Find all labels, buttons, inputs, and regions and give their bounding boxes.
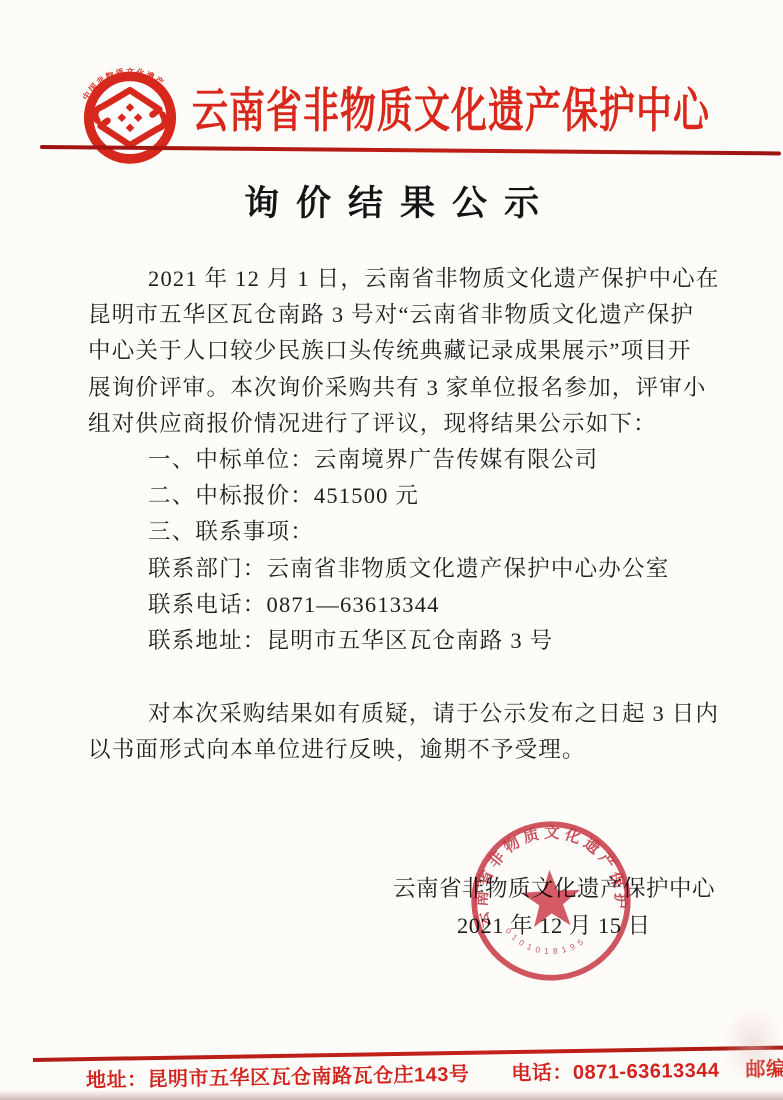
ich-logo: 中国非物质文化遗产 CHINA INTANGIBLE CULTURAL HERI… <box>74 50 186 168</box>
document-body: 2021 年 12 月 1 日，云南省非物质文化遗产保护中心在 昆明市五华区瓦仓… <box>88 261 720 768</box>
body-line-contact: 三、联系事项： <box>88 514 720 550</box>
body-line: 2021 年 12 月 1 日，云南省非物质文化遗产保护中心在 <box>88 261 720 297</box>
body-line: 组对供应商报价情况进行了评议，现将结果公示如下： <box>88 406 720 442</box>
body-line: 中心关于人口较少民族口头传统典藏记录成果展示”项目开 <box>88 333 720 369</box>
body-line: 对本次采购结果如有质疑，请于公示发布之日起 3 日内 <box>88 696 720 732</box>
scanned-announcement-page: 中国非物质文化遗产 CHINA INTANGIBLE CULTURAL HERI… <box>0 0 783 1100</box>
footer-address: 地址：昆明市五华区瓦仓南路瓦仓庄143号 <box>86 1058 470 1093</box>
body-line: 以书面形式向本单位进行反映，逾期不予受理。 <box>88 732 720 768</box>
scan-bottom-edge <box>0 1090 783 1100</box>
body-line-phone: 联系电话：0871—63613344 <box>88 587 720 623</box>
org-name-heading: 云南省非物质文化遗产保护中心 <box>192 74 732 141</box>
body-line-winner: 一、中标单位：云南境界广告传媒有限公司 <box>88 442 720 478</box>
scan-smudge <box>723 1005 783 1085</box>
seal-serial: 0101018195 <box>503 922 589 959</box>
body-line-price: 二、中标报价：451500 元 <box>88 478 720 514</box>
footer-phone: 电话：0871-63613344 <box>511 1053 720 1085</box>
body-line-dept: 联系部门：云南省非物质文化遗产保护中心办公室 <box>88 551 720 587</box>
document-title: 询价结果公示 <box>0 183 783 225</box>
body-line: 昆明市五华区瓦仓南路 3 号对“云南省非物质文化遗产保护 <box>88 297 720 333</box>
body-line-address: 联系地址：昆明市五华区瓦仓南路 3 号 <box>88 623 720 659</box>
official-seal: 云南省非物质文化遗产保护中心 0101018195 <box>464 814 638 988</box>
seal-star-icon <box>520 868 582 927</box>
body-line: 展询价评审。本次询价采购共有 3 家单位报名参加，评审小 <box>88 370 720 406</box>
